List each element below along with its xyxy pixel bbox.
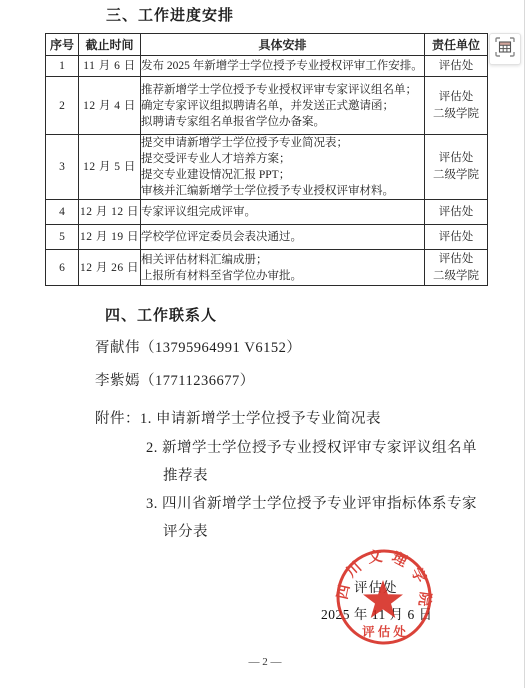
row-date: 12 月 19 日	[79, 225, 141, 250]
row-date: 12 月 4 日	[79, 77, 141, 135]
row-tasks: 相关评估材料汇编成册； 上报所有材料至省学位办审批。	[141, 250, 425, 286]
row-tasks: 学校学位评定委员会表决通过。	[141, 225, 425, 250]
row-date: 11 月 6 日	[79, 56, 141, 77]
attachments-line-1: 附件：1. 申请新增学士学位授予专业简况表	[95, 407, 381, 428]
col-header-date: 截止时间	[79, 34, 141, 56]
schedule-table: 序号 截止时间 具体安排 责任单位 1 11 月 6 日 发布 2025 年新增…	[45, 33, 488, 286]
row-date: 12 月 12 日	[79, 200, 141, 225]
section4-title: 四、工作联系人	[105, 304, 217, 325]
row-unit: 评估处	[425, 225, 488, 250]
row-unit: 评估处 二级学院	[425, 135, 488, 200]
row-date: 12 月 26 日	[79, 250, 141, 286]
row-tasks: 提交申请新增学士学位授予专业简况表； 提交受评专业人才培养方案； 提交专业建设情…	[141, 135, 425, 200]
row-unit: 评估处	[425, 56, 488, 77]
table-row: 2 12 月 4 日 推荐新增学士学位授予专业授权评审专家评议组名单； 确定专家…	[46, 77, 488, 135]
page-edge-line	[524, 0, 525, 688]
seal-star-icon	[363, 580, 403, 618]
table-row: 3 12 月 5 日 提交申请新增学士学位授予专业简况表； 提交受评专业人才培养…	[46, 135, 488, 200]
table-header-row: 序号 截止时间 具体安排 责任单位	[46, 34, 488, 56]
table-row: 1 11 月 6 日 发布 2025 年新增学士学位授予专业授权评审工作安排。 …	[46, 56, 488, 77]
document-page: 三、工作进度安排 序号 截止时间 具体安排 责任单位 1 11 月 6 日 发布…	[0, 0, 530, 688]
row-no: 3	[46, 135, 79, 200]
attachments-line-4: 3. 四川省新增学士学位授予专业评审指标体系专家	[146, 492, 477, 513]
contact-line-2: 李紫嫣（17711236677）	[95, 369, 255, 390]
row-no: 1	[46, 56, 79, 77]
col-header-unit: 责任单位	[425, 34, 488, 56]
row-no: 5	[46, 225, 79, 250]
row-unit: 评估处 二级学院	[425, 77, 488, 135]
table-row: 6 12 月 26 日 相关评估材料汇编成册； 上报所有材料至省学位办审批。 评…	[46, 250, 488, 286]
official-seal: 四川文理学院 评 估 处	[330, 543, 440, 653]
row-tasks: 发布 2025 年新增学士学位授予专业授权评审工作安排。	[141, 56, 425, 77]
col-header-no: 序号	[46, 34, 79, 56]
table-capture-button[interactable]	[489, 33, 521, 65]
table-row: 4 12 月 12 日 专家评议组完成评审。 评估处	[46, 200, 488, 225]
col-header-task: 具体安排	[141, 34, 425, 56]
table-row: 5 12 月 19 日 学校学位评定委员会表决通过。 评估处	[46, 225, 488, 250]
row-no: 4	[46, 200, 79, 225]
row-unit: 评估处 二级学院	[425, 250, 488, 286]
section3-title: 三、工作进度安排	[106, 4, 234, 25]
attachments-line-3: 推荐表	[163, 464, 208, 485]
row-tasks: 专家评议组完成评审。	[141, 200, 425, 225]
row-no: 2	[46, 77, 79, 135]
table-capture-icon	[494, 36, 516, 63]
attachments-line-2: 2. 新增学士学位授予专业授权评审专家评议组名单	[146, 436, 477, 457]
row-no: 6	[46, 250, 79, 286]
attachments-line-5: 评分表	[163, 520, 208, 541]
row-unit: 评估处	[425, 200, 488, 225]
row-date: 12 月 5 日	[79, 135, 141, 200]
page-number: — 2 —	[0, 656, 530, 668]
contact-line-1: 胥献伟（13795964991 V6152）	[95, 336, 301, 357]
row-tasks: 推荐新增学士学位授予专业授权评审专家评议组名单； 确定专家评议组拟聘请名单，并发…	[141, 77, 425, 135]
seal-dept-text: 评 估 处	[362, 624, 406, 639]
